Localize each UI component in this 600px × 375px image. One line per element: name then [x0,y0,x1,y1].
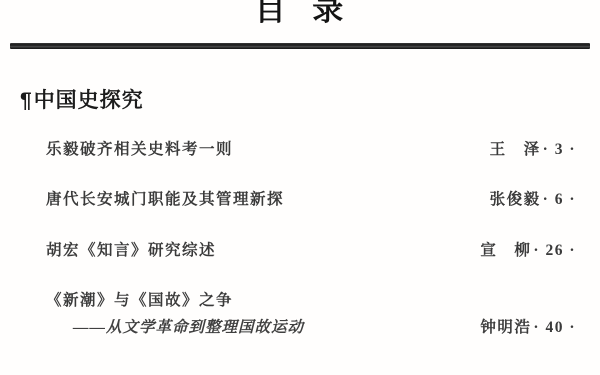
section-title: 中国史探究 [34,89,144,112]
entry-subtitle-line: ——从文学革命到整理国故运动 钟明浩· 40 · [46,318,576,338]
entry-author-page: 宣 柳· 26 · [480,241,576,261]
toc-entry: 唐代长安城门职能及其管理新探 张俊毅· 6 · [0,190,600,210]
toc-entry: 《新潮》与《国故》之争 ——从文学革命到整理国故运动 钟明浩· 40 · [0,291,600,338]
entry-author-page: 钟明浩· 40 · [480,318,576,338]
author-name: 张俊毅 [490,191,541,208]
page-number: · 40 · [533,319,576,336]
page-number: · 3 · [543,141,576,158]
author-name: 宣 柳 [480,242,531,259]
toc-list: 乐毅破齐相关史料考一则 王 泽· 3 · 唐代长安城门职能及其管理新探 张俊毅·… [0,140,600,338]
page-number: · 26 · [533,242,576,259]
toc-page: 目 录 ¶中国史探究 乐毅破齐相关史料考一则 王 泽· 3 · 唐代长安城门职能… [0,0,600,375]
author-name: 钟明浩 [480,319,531,336]
toc-entry: 乐毅破齐相关史料考一则 王 泽· 3 · [0,140,600,160]
entry-subtitle: ——从文学革命到整理国故运动 [46,318,304,338]
entry-author-page: 王 泽· 3 · [490,140,576,160]
entry-title: 唐代长安城门职能及其管理新探 [46,190,284,210]
page-number: · 6 · [543,191,576,208]
entry-title: 《新潮》与《国故》之争 [46,291,576,311]
page-title: 目 录 [0,0,600,27]
author-name: 王 泽 [490,141,541,158]
pilcrow-mark: ¶ [20,89,33,112]
toc-entry: 胡宏《知言》研究综述 宣 柳· 26 · [0,241,600,261]
title-divider [10,43,590,49]
entry-title: 胡宏《知言》研究综述 [46,241,216,261]
section-header: ¶中国史探究 [20,89,600,113]
entry-author-page: 张俊毅· 6 · [490,190,576,210]
entry-title: 乐毅破齐相关史料考一则 [46,140,233,160]
